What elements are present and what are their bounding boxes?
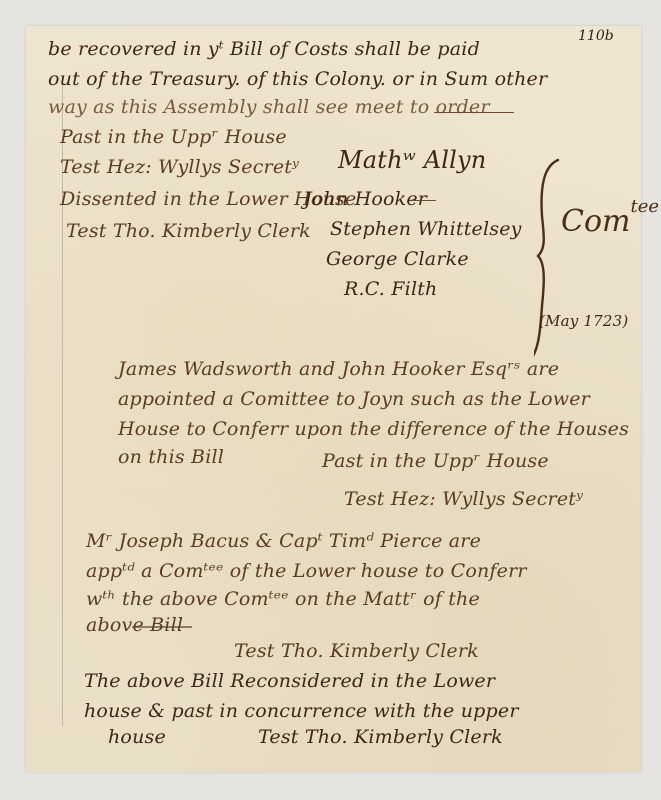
committee-member-2: John Hooker [304,188,427,210]
curly-brace-icon [534,156,564,366]
committee-member-1: Mathʷ Allyn [338,146,486,174]
appointment-line-2: appointed a Comittee to Joyn such as the… [118,388,590,410]
committee-label-sup: tee [630,196,659,217]
upper-house-attest: Test Hez: Wyllys Secretʸ [60,156,299,178]
ink-smudge [132,626,192,628]
folio-number: 110b [578,28,614,44]
pencil-margin-line [62,86,63,726]
lower-committee-line-1: Mʳ Joseph Bacus & Capᵗ Timᵈ Pierce are [86,530,481,552]
upper-house-passed: Past in the Uppʳ House [60,126,287,148]
opening-line-1: be recovered in yᵗ Bill of Costs shall b… [48,38,480,60]
reconsidered-line-1: The above Bill Reconsidered in the Lower [84,670,495,692]
appointment-line-1: James Wadsworth and John Hooker Esqʳˢ ar… [118,358,559,380]
appointment-line-4: on this Bill [118,446,224,468]
lower-committee-line-2: appᵗᵈ a Comᵗᵉᵉ of the Lower house to Con… [86,560,527,582]
lower-committee-line-4: above Bill [86,614,183,636]
committee-member-5: R.C. Filth [344,278,438,300]
lower-committee-line-3: wᵗʰ the above Comᵗᵉᵉ on the Mattʳ of the [86,588,480,610]
opening-line-2: out of the Treasury. of this Colony. or … [48,68,547,90]
line-end-flourish [434,112,514,113]
lower-attest-2: Test Tho. Kimberly Clerk [258,726,503,748]
second-upper-attest: Test Hez: Wyllys Secretʸ [344,488,583,510]
manuscript-page: 110b be recovered in yᵗ Bill of Costs sh… [26,26,641,772]
committee-label: Comtee [561,204,659,239]
lower-house-attest: Test Tho. Kimberly Clerk [66,220,311,242]
second-upper-passed: Past in the Uppʳ House [322,450,549,472]
opening-line-3: way as this Assembly shall see meet to o… [48,96,490,118]
lower-attest-1: Test Tho. Kimberly Clerk [234,640,479,662]
appointment-line-3: House to Conferr upon the difference of … [118,418,629,440]
reconsidered-line-2: house & past in concurrence with the upp… [84,700,519,722]
committee-label-text: Com [561,204,630,239]
date-note: (May 1723) [539,312,628,330]
name-dash [410,200,436,201]
reconsidered-line-3: house [108,726,166,748]
committee-member-3: Stephen Whittelsey [330,218,522,240]
committee-member-4: George Clarke [326,248,469,270]
